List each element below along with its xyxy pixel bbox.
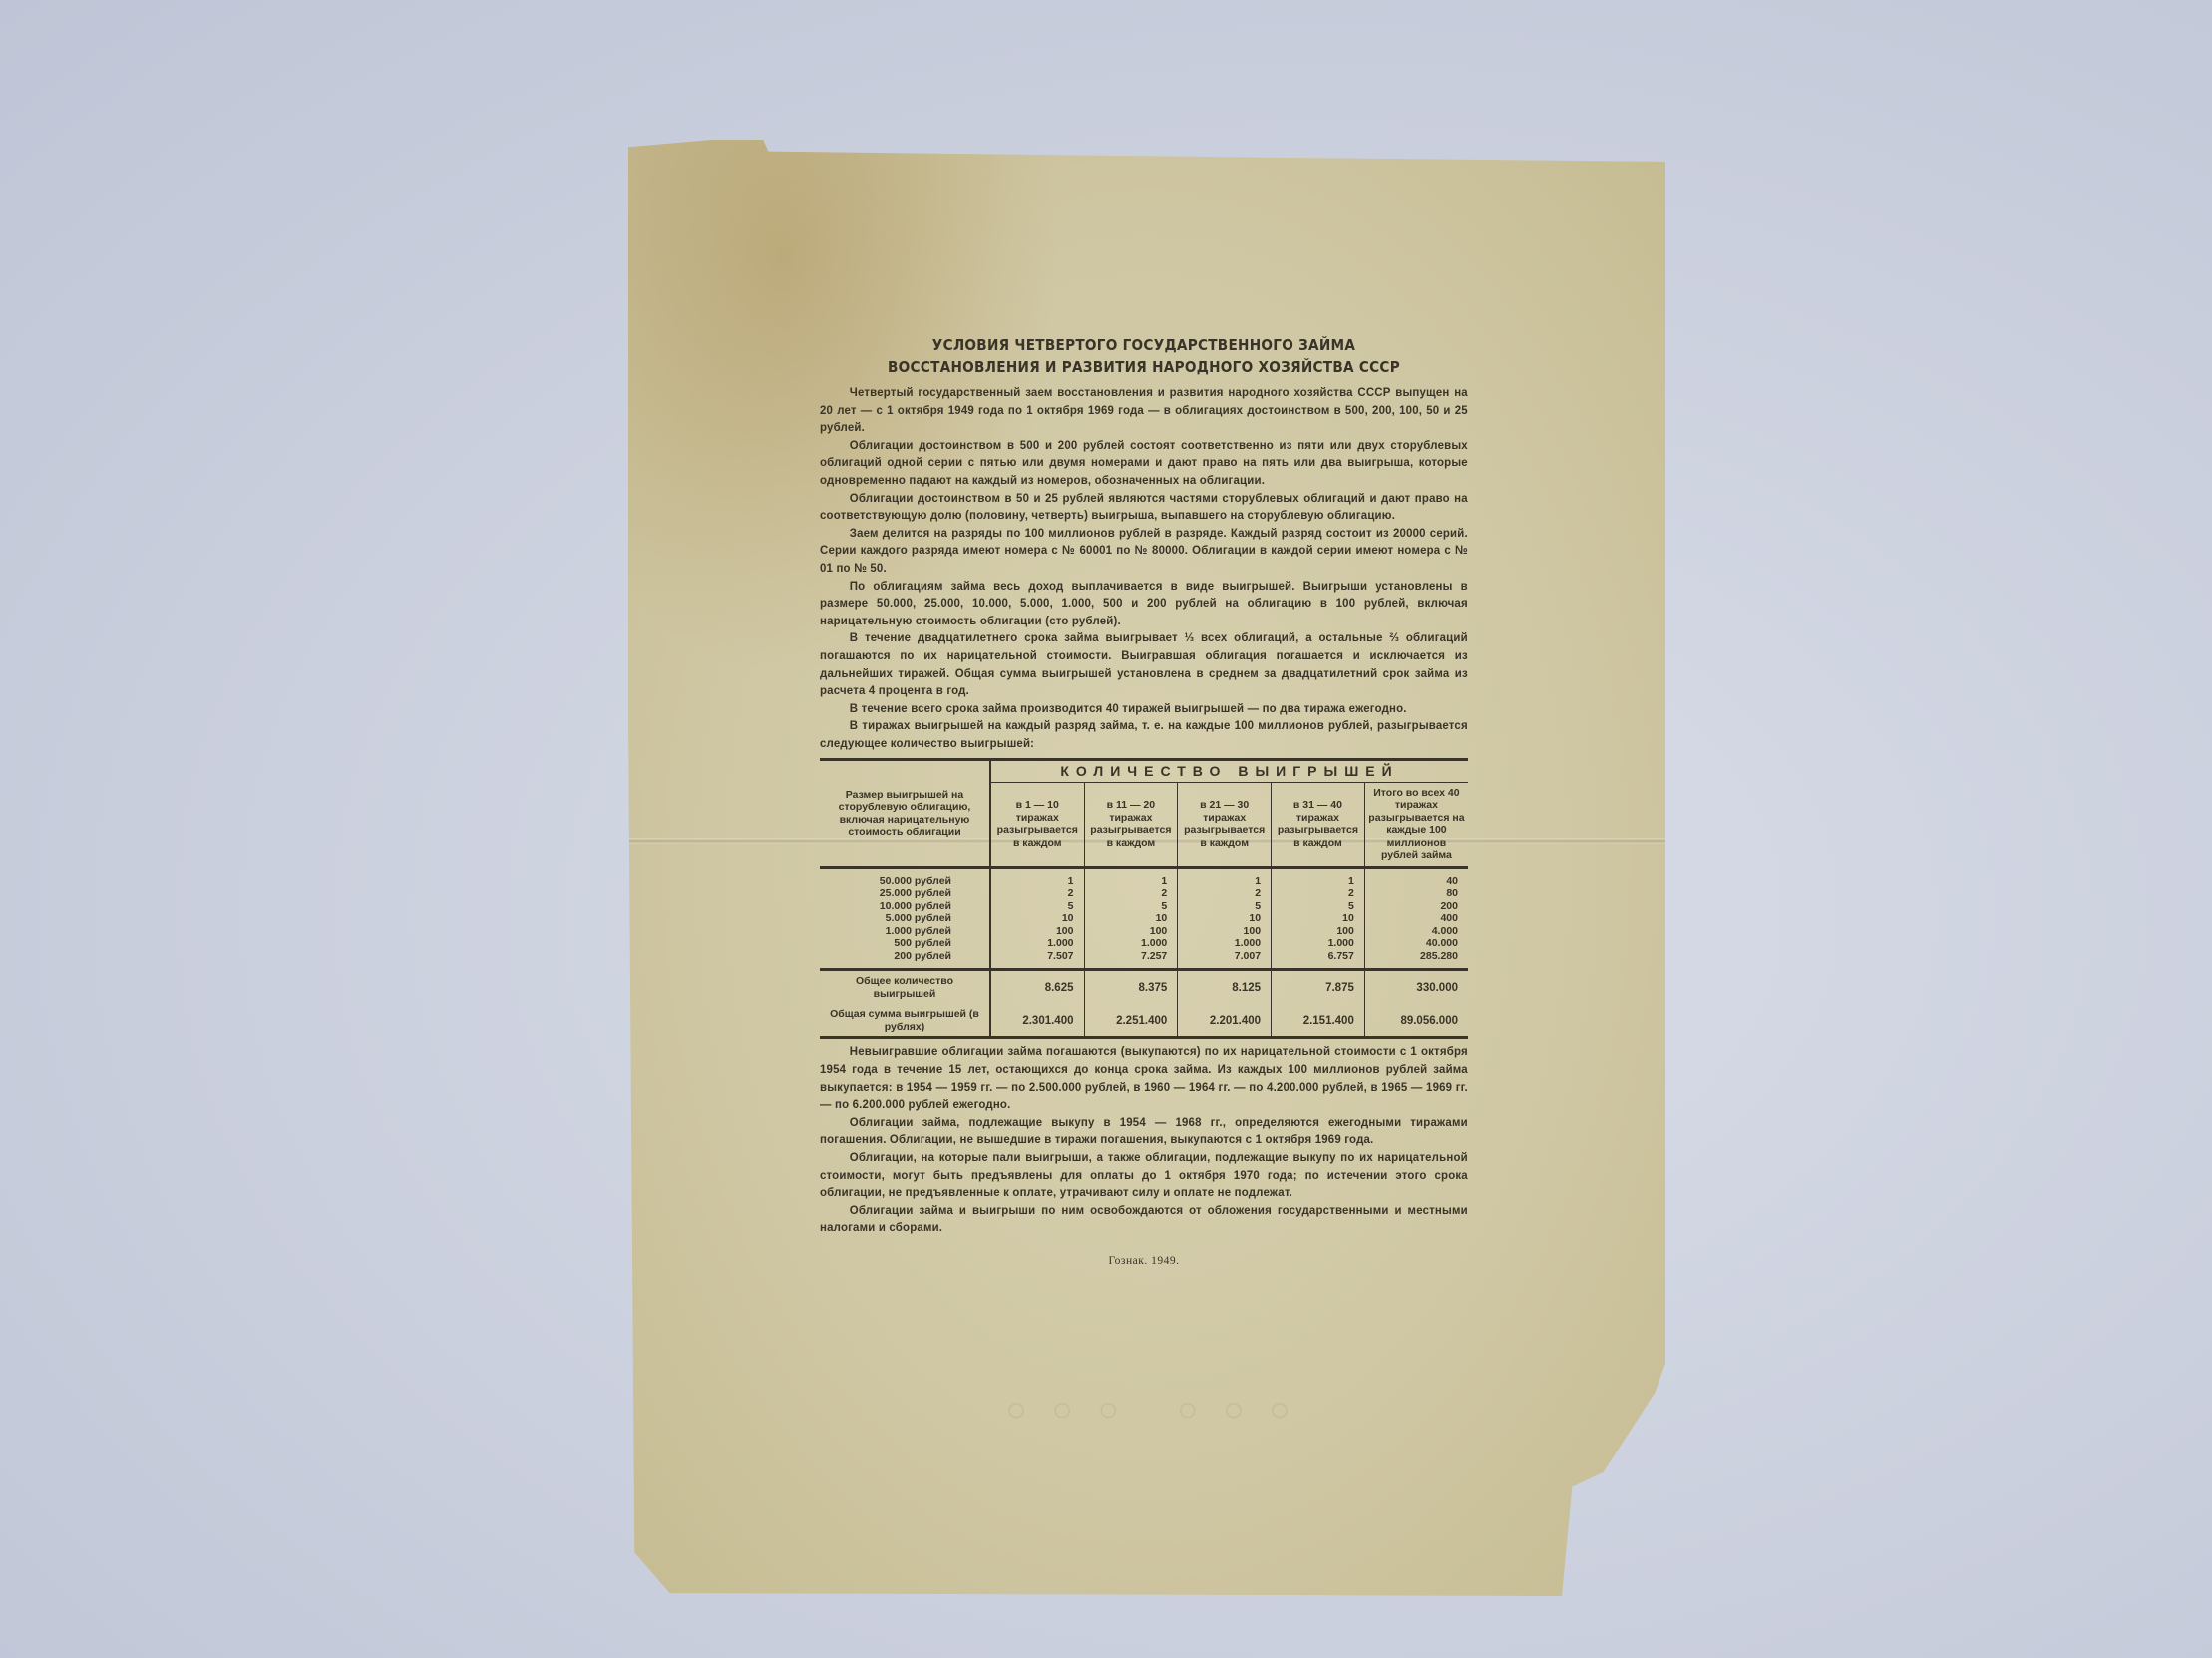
paragraph: Четвертый государственный заем восстанов… (820, 384, 1468, 437)
prize-count-cell: 100 (990, 925, 1084, 938)
title-line-1: УСЛОВИЯ ЧЕТВЕРТОГО ГОСУДАРСТВЕННОГО ЗАЙМ… (859, 334, 1429, 356)
table-left-header: Размер выигрышей на сторублевую облигаци… (820, 760, 990, 868)
table-total-row: Общая сумма выигрышей (в рублях)2.301.40… (820, 1004, 1468, 1038)
prize-count-cell: 40.000 (1364, 937, 1468, 950)
prize-count-cell: 1.000 (1084, 937, 1178, 950)
prize-amount-label: 200 рублей (820, 950, 990, 970)
prize-count-cell: 100 (1084, 925, 1178, 938)
paragraph: Невыигравшие облигации займа погашаются … (820, 1043, 1468, 1113)
paragraph: Облигации достоинством в 50 и 25 рублей … (820, 490, 1468, 525)
total-value-cell: 330.000 (1364, 970, 1468, 1005)
prize-count-cell: 7.257 (1084, 950, 1178, 970)
prize-count-cell: 5 (1178, 900, 1272, 913)
prize-count-cell: 1 (990, 867, 1084, 887)
table-column-header: в 31 — 40 тиражах разыгрывается в каждом (1272, 782, 1365, 867)
prize-count-cell: 1 (1272, 867, 1365, 887)
prize-count-cell: 100 (1178, 925, 1272, 938)
table-row: 50.000 рублей111140 (820, 867, 1468, 887)
paragraph: Облигации достоинством в 500 и 200 рубле… (820, 437, 1468, 490)
total-value-cell: 2.201.400 (1178, 1004, 1272, 1038)
prize-amount-label: 25.000 рублей (820, 887, 990, 900)
prize-count-cell: 7.507 (990, 950, 1084, 970)
prize-count-cell: 2 (1272, 887, 1365, 900)
winnings-table: Размер выигрышей на сторублевую облигаци… (820, 758, 1468, 1039)
prize-count-cell: 40 (1364, 867, 1468, 887)
prize-count-cell: 6.757 (1272, 950, 1365, 970)
prize-amount-label: 5.000 рублей (820, 912, 990, 925)
prize-amount-label: 1.000 рублей (820, 925, 990, 938)
prize-count-cell: 2 (990, 887, 1084, 900)
table-row: 25.000 рублей222280 (820, 887, 1468, 900)
prize-count-cell: 7.007 (1178, 950, 1272, 970)
table-row: 1.000 рублей1001001001004.000 (820, 925, 1468, 938)
table-column-header: в 11 — 20 тиражах разыгрывается в каждом (1084, 782, 1178, 867)
prize-count-cell: 10 (1178, 912, 1272, 925)
total-value-cell: 2.301.400 (990, 1004, 1084, 1038)
paragraph: Облигации, на которые пали выигрыши, а т… (820, 1149, 1468, 1202)
prize-count-cell: 200 (1364, 900, 1468, 913)
title-line-2: ВОССТАНОВЛЕНИЯ И РАЗВИТИЯ НАРОДНОГО ХОЗЯ… (859, 356, 1429, 378)
prize-count-cell: 285.280 (1364, 950, 1468, 970)
total-value-cell: 8.375 (1084, 970, 1178, 1005)
prize-count-cell: 5 (990, 900, 1084, 913)
intro-paragraphs: Четвертый государственный заем восстанов… (820, 384, 1468, 752)
prize-count-cell: 80 (1364, 887, 1468, 900)
prize-count-cell: 5 (1272, 900, 1365, 913)
total-value-cell: 8.625 (990, 970, 1084, 1005)
prize-amount-label: 10.000 рублей (820, 900, 990, 913)
total-label: Общая сумма выигрышей (в рублях) (820, 1004, 990, 1038)
paragraph: Облигации займа, подлежащие выкупу в 195… (820, 1114, 1468, 1149)
table-row: 200 рублей7.5077.2577.0076.757285.280 (820, 950, 1468, 970)
paragraph: В тиражах выигрышей на каждый разряд зай… (820, 717, 1468, 752)
paragraph: По облигациям займа весь доход выплачива… (820, 578, 1468, 630)
prize-count-cell: 1.000 (1178, 937, 1272, 950)
total-value-cell: 2.151.400 (1272, 1004, 1365, 1038)
prize-count-cell: 10 (1084, 912, 1178, 925)
table-main-header: КОЛИЧЕСТВО ВЫИГРЫШЕЙ (990, 760, 1468, 783)
prize-count-cell: 400 (1364, 912, 1468, 925)
prize-count-cell: 1.000 (1272, 937, 1365, 950)
table-column-header: Итого во всех 40 тиражах разыгрывается н… (1364, 782, 1468, 867)
paragraph: В течение всего срока займа производится… (820, 700, 1468, 718)
prize-count-cell: 1 (1084, 867, 1178, 887)
total-value-cell: 8.125 (1178, 970, 1272, 1005)
total-value-cell: 89.056.000 (1364, 1004, 1468, 1038)
prize-count-cell: 4.000 (1364, 925, 1468, 938)
prize-amount-label: 500 рублей (820, 937, 990, 950)
paragraph: Облигации займа и выигрыши по ним освобо… (820, 1202, 1468, 1237)
paragraph: В течение двадцатилетнего срока займа вы… (820, 629, 1468, 699)
document-body: УСЛОВИЯ ЧЕТВЕРТОГО ГОСУДАРСТВЕННОГО ЗАЙМ… (820, 334, 1468, 1267)
total-value-cell: 2.251.400 (1084, 1004, 1178, 1038)
prize-count-cell: 10 (1272, 912, 1365, 925)
printer-imprint: Гознак. 1949. (820, 1255, 1468, 1267)
outro-paragraphs: Невыигравшие облигации займа погашаются … (820, 1043, 1468, 1237)
bond-paper-sheet: ◦◦◦ ◦◦◦ УСЛОВИЯ ЧЕТВЕРТОГО ГОСУДАРСТВЕНН… (628, 140, 1665, 1596)
prize-count-cell: 1 (1178, 867, 1272, 887)
prize-count-cell: 2 (1084, 887, 1178, 900)
paragraph: Заем делится на разряды по 100 миллионов… (820, 525, 1468, 578)
table-column-header: в 21 — 30 тиражах разыгрывается в каждом (1178, 782, 1272, 867)
prize-count-cell: 2 (1178, 887, 1272, 900)
document-title: УСЛОВИЯ ЧЕТВЕРТОГО ГОСУДАРСТВЕННОГО ЗАЙМ… (859, 334, 1429, 378)
show-through-print: ◦◦◦ ◦◦◦ (908, 1387, 1406, 1438)
prize-count-cell: 5 (1084, 900, 1178, 913)
prize-amount-label: 50.000 рублей (820, 867, 990, 887)
total-value-cell: 7.875 (1272, 970, 1365, 1005)
table-row: 5.000 рублей10101010400 (820, 912, 1468, 925)
table-row: 500 рублей1.0001.0001.0001.00040.000 (820, 937, 1468, 950)
table-total-row: Общее количество выигрышей8.6258.3758.12… (820, 970, 1468, 1005)
table-column-header: в 1 — 10 тиражах разыгрывается в каждом (990, 782, 1084, 867)
table-row: 10.000 рублей5555200 (820, 900, 1468, 913)
prize-count-cell: 10 (990, 912, 1084, 925)
prize-count-cell: 100 (1272, 925, 1365, 938)
total-label: Общее количество выигрышей (820, 970, 990, 1005)
prize-count-cell: 1.000 (990, 937, 1084, 950)
table-header-row: Размер выигрышей на сторублевую облигаци… (820, 760, 1468, 783)
